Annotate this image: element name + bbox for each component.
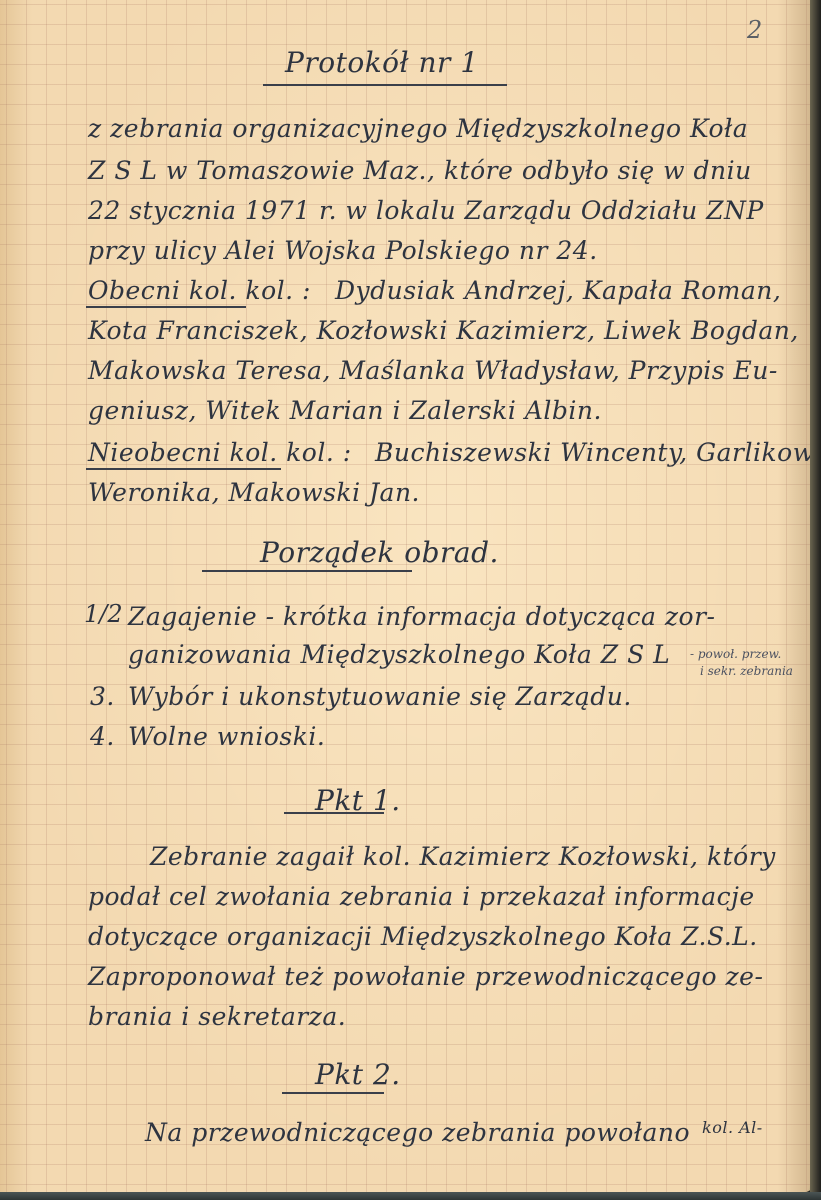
present-label-underline xyxy=(86,306,246,308)
notebook-page: 2 Protokół nr 1 z zebrania organizacyjne… xyxy=(0,0,813,1192)
page-number: 2 xyxy=(747,16,762,44)
agenda-item-3-text: Wybór i ukonstytuowanie się Zarządu. xyxy=(128,682,632,711)
section-2-heading: Pkt 2. xyxy=(315,1058,401,1091)
section-2-line-1: Na przewodniczącego zebrania powołano xyxy=(145,1118,690,1147)
section-1-line-3: dotyczące organizacji Międzyszkolnego Ko… xyxy=(88,922,758,951)
agenda-item-3-number: 3. xyxy=(90,682,115,711)
absent-label: Nieobecni kol. kol. : xyxy=(88,438,352,467)
agenda-item-1-annotation-1: - powoł. przew. xyxy=(690,647,781,661)
document-title: Protokół nr 1 xyxy=(285,46,479,79)
agenda-item-4-text: Wolne wnioski. xyxy=(128,722,325,751)
intro-line-1: z zebrania organizacyjnego Międzyszkolne… xyxy=(88,114,748,143)
agenda-item-1-annotation-2: i sekr. zebrania xyxy=(700,664,793,678)
agenda-item-1-number: 1/2 xyxy=(84,600,123,628)
absent-line-2: Weronika, Makowski Jan. xyxy=(88,478,420,507)
title-underline xyxy=(263,84,507,86)
present-line-1: Dydusiak Andrzej, Kapała Roman, xyxy=(335,276,781,305)
intro-line-4: przy ulicy Alei Wojska Polskiego nr 24. xyxy=(88,236,598,265)
intro-line-3: 22 stycznia 1971 r. w lokalu Zarządu Odd… xyxy=(88,196,764,225)
agenda-item-4-number: 4. xyxy=(90,722,115,751)
present-line-2: Kota Franciszek, Kozłowski Kazimierz, Li… xyxy=(88,316,799,345)
present-line-3: Makowska Teresa, Maślanka Władysław, Prz… xyxy=(88,356,778,385)
page-edge xyxy=(810,0,821,1200)
agenda-heading-underline xyxy=(202,570,412,572)
section-2-heading-underline xyxy=(282,1092,384,1094)
agenda-item-1-line-2: ganizowania Międzyszkolnego Koła Z S L xyxy=(128,640,670,669)
section-1-line-5: brania i sekretarza. xyxy=(88,1002,346,1031)
present-label: Obecni kol. kol. : xyxy=(88,276,311,305)
scan-bottom-edge xyxy=(0,1192,821,1200)
section-1-heading-underline xyxy=(284,812,384,814)
present-line-4: geniusz, Witek Marian i Zalerski Albin. xyxy=(88,396,602,425)
absent-line-1: Buchiszewski Wincenty, Garlikowska xyxy=(375,438,821,467)
section-1-line-1: Zebranie zagaił kol. Kazimierz Kozłowski… xyxy=(150,842,776,871)
section-1-line-2: podał cel zwołania zebrania i przekazał … xyxy=(88,882,755,911)
absent-label-underline xyxy=(86,468,281,470)
agenda-item-1-line-1: Zagajenie - krótka informacja dotycząca … xyxy=(128,602,716,631)
section-1-line-4: Zaproponował też powołanie przewodnicząc… xyxy=(88,962,763,991)
agenda-heading: Porządek obrad. xyxy=(260,536,499,569)
section-2-line-1-continuation: kol. Al- xyxy=(702,1118,763,1137)
intro-line-2: Z S L w Tomaszowie Maz., które odbyło si… xyxy=(88,156,752,185)
